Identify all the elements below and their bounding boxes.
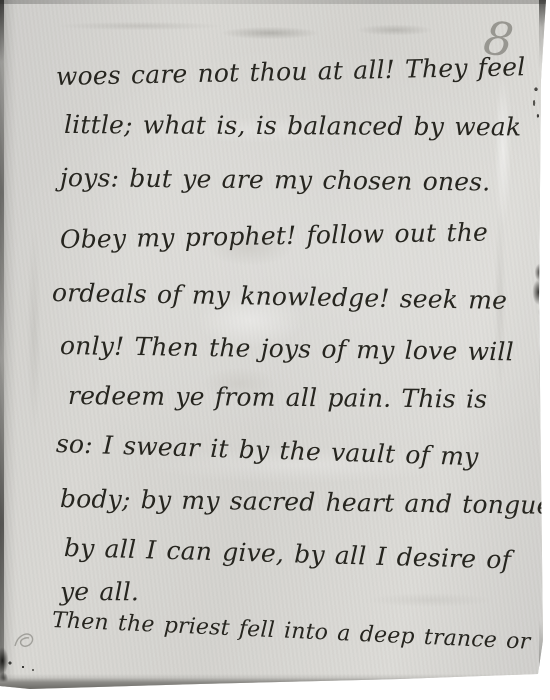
handwriting-line-12: Then the priest fell into a deep trance … <box>51 608 531 656</box>
manuscript-page: 8 woes care not thou at all! They feel l… <box>0 0 546 689</box>
handwriting-line-8: so: I swear it by the vault of my <box>56 429 479 472</box>
handwriting-line-1: woes care not thou at all! They feel <box>56 52 526 92</box>
handwriting-line-9: body; by my sacred heart and tongue; <box>60 484 550 521</box>
handwriting-line-5: ordeals of my knowledge! seek me <box>52 278 508 316</box>
handwriting-line-2: little; what is, is balanced by weak <box>64 110 521 142</box>
right-edge-line <box>539 0 546 689</box>
pencil-squiggle-mark <box>12 629 48 655</box>
bottom-edge-strip <box>0 674 546 689</box>
handwriting-line-4: Obey my prophet! follow out the <box>60 218 489 255</box>
squiggle-path <box>15 634 33 646</box>
handwriting-line-7: redeem ye from all pain. This is <box>68 381 488 415</box>
right-edge-tear-mark <box>526 262 546 320</box>
handwritten-text: woes care not thou at all! They feel lit… <box>0 0 546 689</box>
handwriting-line-6: only! Then the joys of my love will <box>60 331 514 367</box>
handwriting-line-11: ye all. <box>60 577 139 607</box>
top-right-edge-specks <box>528 85 544 121</box>
left-edge-line <box>0 0 4 689</box>
top-edge-line <box>0 0 546 4</box>
handwriting-line-10: by all I can give, by all I desire of <box>64 533 512 575</box>
photo-background: 8 woes care not thou at all! They feel l… <box>0 0 550 700</box>
handwriting-line-3: joys: but ye are my chosen ones. <box>60 163 491 198</box>
